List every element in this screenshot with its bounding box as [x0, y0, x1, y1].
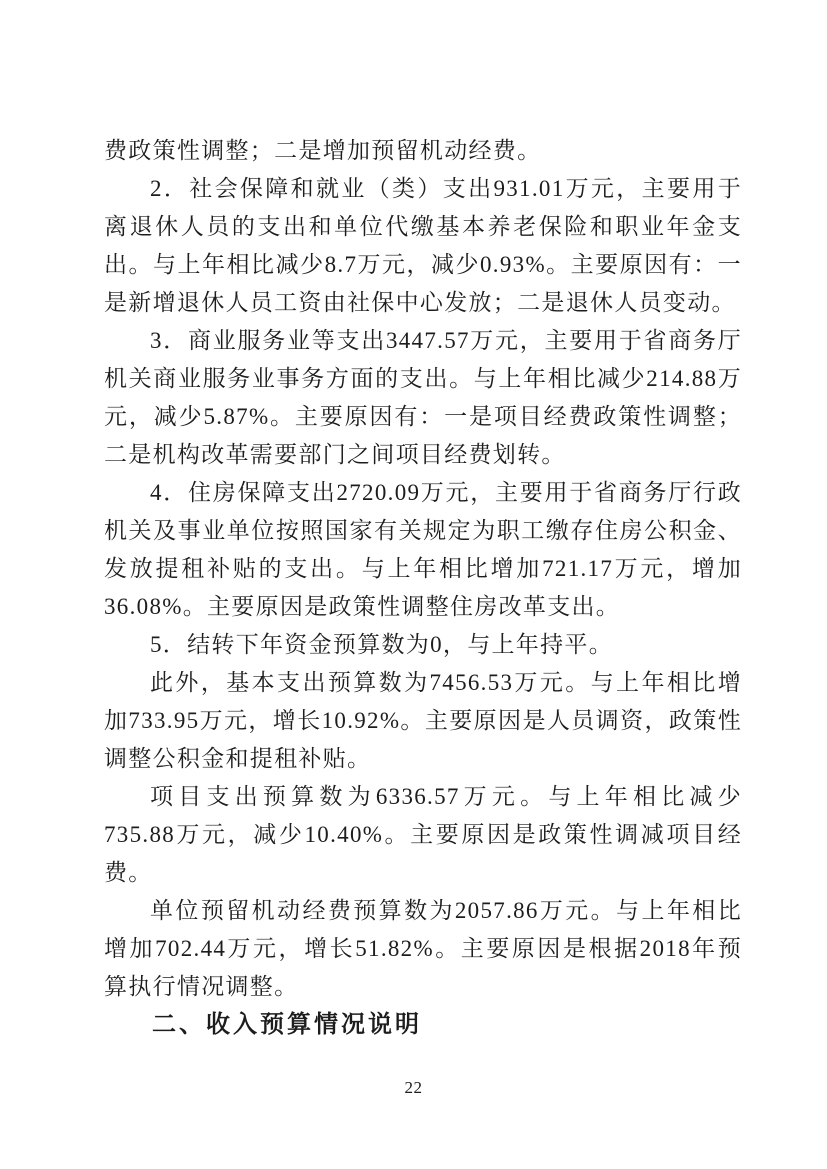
- paragraph-project-expenditure-budget: 项目支出预算数为6336.57万元。与上年相比减少735.88万元，减少10.4…: [104, 778, 742, 892]
- paragraph-commercial-services-expenditure: 3．商业服务业等支出3447.57万元，主要用于省商务厅机关商业服务业事务方面的…: [104, 322, 742, 474]
- paragraph-continuation: 费政策性调整；二是增加预留机动经费。: [104, 132, 742, 170]
- document-page: 费政策性调整；二是增加预留机动经费。 2．社会保障和就业（类）支出931.01万…: [0, 0, 827, 1169]
- paragraph-carryover-funds: 5．结转下年资金预算数为0，与上年持平。: [104, 626, 742, 664]
- page-number: 22: [0, 1078, 827, 1098]
- paragraph-reserved-contingency-budget: 单位预留机动经费预算数为2057.86万元。与上年相比增加702.44万元，增长…: [104, 892, 742, 1006]
- paragraph-basic-expenditure-budget: 此外，基本支出预算数为7456.53万元。与上年相比增加733.95万元，增长1…: [104, 664, 742, 778]
- section-heading-income-budget: 二、收入预算情况说明: [104, 1006, 742, 1044]
- document-body: 费政策性调整；二是增加预留机动经费。 2．社会保障和就业（类）支出931.01万…: [104, 132, 742, 1044]
- paragraph-social-security-expenditure: 2．社会保障和就业（类）支出931.01万元，主要用于离退休人员的支出和单位代缴…: [104, 170, 742, 322]
- paragraph-housing-security-expenditure: 4．住房保障支出2720.09万元，主要用于省商务厅行政机关及事业单位按照国家有…: [104, 474, 742, 626]
